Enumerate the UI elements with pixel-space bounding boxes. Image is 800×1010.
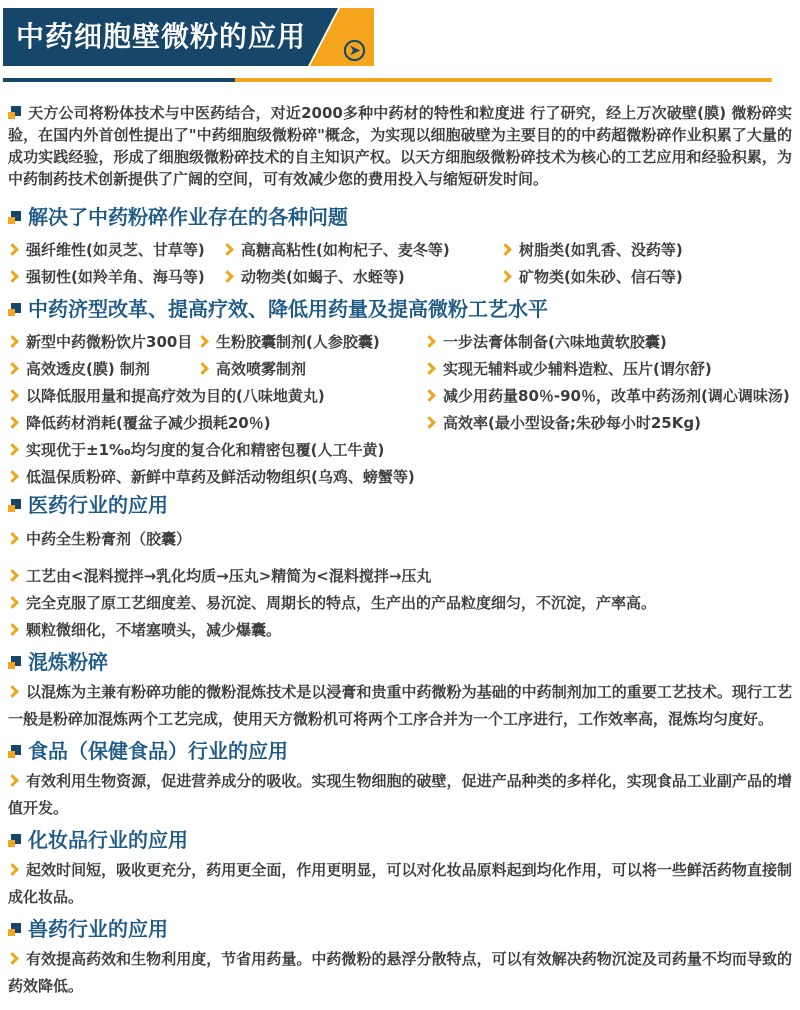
- list-item: 颗粒微细化，不堵塞喷头，减少爆囊。: [8, 617, 792, 644]
- grid-row: 实现优于±1‰均匀度的复合化和精密包覆(人工牛黄): [8, 436, 792, 463]
- list-item: 起效时间短，吸收更充分，药用更全面，作用更明显，可以对化妆品原料起到均化作用，可…: [8, 857, 792, 911]
- list-item: 强纤维性(如灵芝、甘草等): [8, 239, 223, 260]
- section-title: 食品（保健食品）行业的应用: [28, 738, 288, 764]
- divider-yellow-segment: [235, 78, 772, 82]
- list-item-text: 工艺由<混料搅拌→乳化均质→压丸>精简为<混料搅拌→压丸: [26, 567, 431, 585]
- chevron-right-icon: [423, 389, 436, 402]
- section-heading: 医药行业的应用: [8, 492, 792, 518]
- list-item: 以降低服用量和提高疗效为目的(八味地黄丸): [8, 385, 425, 406]
- section-pharma: 医药行业的应用 中药全生粉膏剂（胶囊） 工艺由<混料搅拌→乳化均质→压丸>精简为…: [8, 492, 792, 644]
- chevron-right-icon: [221, 270, 234, 283]
- list-item-text: 高效透皮(膜) 制剂: [26, 360, 150, 378]
- list-item-text: 高糖高粘性(如枸杞子、麦冬等): [241, 241, 450, 259]
- list-item: 新型中药微粉饮片300目: [8, 331, 198, 352]
- squares-bullet-icon: [8, 834, 21, 847]
- list-item: 动物类(如蝎子、水蛭等): [223, 266, 501, 287]
- squares-bullet-icon: [8, 499, 21, 512]
- list-item-text: 低温保质粉碎、新鲜中草药及鲜活动物组织(乌鸡、螃蟹等): [26, 468, 415, 486]
- list-item: 中药全生粉膏剂（胶囊）: [8, 526, 792, 553]
- list-item-text: 高效率(最小型设备;朱砂每小时25Kg): [443, 414, 701, 432]
- list-item: 有效利用生物资源，促进营养成分的吸收。实现生物细胞的破壁，促进产品种类的多样化，…: [8, 768, 792, 822]
- list-item-text: 以混炼为主兼有粉碎功能的微粉混炼技术是以浸膏和贵重中药微粉为基础的中药制剂加工的…: [8, 683, 792, 728]
- section-problems: 解决了中药粉碎作业存在的各种问题 强纤维性(如灵芝、甘草等) 高糖高粘性(如枸杞…: [8, 204, 792, 290]
- chevron-right-icon: [423, 416, 436, 429]
- chevron-right-icon: [6, 774, 19, 787]
- section-reform: 中药济型改革、提高疗效、降低用药量及提高微粉工艺水平 新型中药微粉饮片300目 …: [8, 296, 792, 490]
- list-item: 高效喷雾制剂: [198, 358, 425, 379]
- list-item-text: 实现优于±1‰均匀度的复合化和精密包覆(人工牛黄): [26, 441, 384, 459]
- chevron-right-icon: [6, 416, 19, 429]
- list-item-text: 高效喷雾制剂: [216, 360, 306, 378]
- section-title: 中药济型改革、提高疗效、降低用药量及提高微粉工艺水平: [28, 296, 548, 322]
- section-heading: 混炼粉碎: [8, 649, 792, 675]
- squares-bullet-icon: [8, 923, 21, 936]
- chevron-right-icon: [499, 243, 512, 256]
- banner-title-background: 中药细胞壁微粉的应用: [3, 8, 338, 66]
- chevron-right-icon: [499, 270, 512, 283]
- grid-row: 以降低服用量和提高疗效为目的(八味地黄丸) 减少用药量80％-90％，改革中药汤…: [8, 382, 792, 409]
- section-heading: 化妆品行业的应用: [8, 827, 792, 853]
- list-item: 高效率(最小型设备;朱砂每小时25Kg): [425, 412, 792, 433]
- list-item-text: 动物类(如蝎子、水蛭等): [241, 268, 405, 286]
- section-title: 解决了中药粉碎作业存在的各种问题: [28, 204, 348, 230]
- chevron-right-icon: [6, 863, 19, 876]
- list-item: 实现优于±1‰均匀度的复合化和精密包覆(人工牛黄): [8, 439, 792, 460]
- page-title: 中药细胞壁微粉的应用: [3, 8, 338, 66]
- section-heading: 解决了中药粉碎作业存在的各种问题: [8, 204, 792, 230]
- list-item-text: 有效利用生物资源，促进营养成分的吸收。实现生物细胞的破壁，促进产品种类的多样化，…: [8, 772, 792, 817]
- chevron-right-icon: [6, 243, 19, 256]
- list-item-text: 颗粒微细化，不堵塞喷头，减少爆囊。: [26, 621, 281, 639]
- list-item-text: 生粉胶囊制剂(人参胶囊): [216, 333, 380, 351]
- chevron-right-icon: [6, 569, 19, 582]
- spacer: [8, 553, 792, 563]
- chevron-right-icon: [423, 335, 436, 348]
- squares-bullet-icon: [8, 656, 21, 669]
- divider-navy-segment: [3, 78, 235, 82]
- list-item-text: 矿物类(如朱砂、信石等): [519, 268, 683, 286]
- list-item: 一步法膏体制备(六味地黄软胶囊): [425, 331, 792, 352]
- list-item: 工艺由<混料搅拌→乳化均质→压丸>精简为<混料搅拌→压丸: [8, 563, 792, 590]
- section-heading: 中药济型改革、提高疗效、降低用药量及提高微粉工艺水平: [8, 296, 792, 322]
- section-title: 兽药行业的应用: [28, 916, 168, 942]
- grid-row: 新型中药微粉饮片300目 生粉胶囊制剂(人参胶囊) 一步法膏体制备(六味地黄软胶…: [8, 328, 792, 355]
- list-item-text: 以降低服用量和提高疗效为目的(八味地黄丸): [26, 387, 325, 405]
- section-heading: 食品（保健食品）行业的应用: [8, 738, 792, 764]
- grid-row: 强纤维性(如灵芝、甘草等) 高糖高粘性(如枸杞子、麦冬等) 树脂类(如乳香、没药…: [8, 236, 792, 263]
- list-item-text: 降低药材消耗(覆盆子减少损耗20％): [26, 414, 271, 432]
- squares-bullet-icon: [8, 106, 21, 119]
- list-item-text: 一步法膏体制备(六味地黄软胶囊): [443, 333, 667, 351]
- list-item: 降低药材消耗(覆盆子减少损耗20％): [8, 412, 425, 433]
- chevron-right-icon: [6, 623, 19, 636]
- squares-bullet-icon: [8, 745, 21, 758]
- list-item-text: 强韧性(如羚羊角、海马等): [26, 268, 205, 286]
- header-divider: [3, 78, 800, 82]
- chevron-right-icon: [6, 389, 19, 402]
- squares-bullet-icon: [8, 303, 21, 316]
- content-area: 天方公司将粉体技术与中医药结合，对近2000多种中药材的特性和粒度进 行了研究，…: [0, 102, 800, 1000]
- grid-row: 低温保质粉碎、新鲜中草药及鲜活动物组织(乌鸡、螃蟹等): [8, 463, 792, 490]
- list-item-text: 实现无辅料或少辅料造粒、压片(谓尔舒): [443, 360, 712, 378]
- list-item: 树脂类(如乳香、没药等): [501, 239, 792, 260]
- section-title: 混炼粉碎: [28, 649, 108, 675]
- list-item-text: 减少用药量80％-90％，改革中药汤剂(调心调味汤): [443, 387, 790, 405]
- list-item: 高效透皮(膜) 制剂: [8, 358, 198, 379]
- list-item: 低温保质粉碎、新鲜中草药及鲜活动物组织(乌鸡、螃蟹等): [8, 466, 792, 487]
- chevron-right-icon: [6, 270, 19, 283]
- squares-bullet-icon: [8, 211, 21, 224]
- section-title: 化妆品行业的应用: [28, 827, 188, 853]
- chevron-right-icon: [6, 470, 19, 483]
- section-cosmetics: 化妆品行业的应用 起效时间短，吸收更充分，药用更全面，作用更明显，可以对化妆品原…: [8, 827, 792, 911]
- page: 中药细胞壁微粉的应用 天方公司将粉体技术与中医药结合，对近2000多种中药材的特…: [0, 0, 800, 1010]
- list-item-text: 树脂类(如乳香、没药等): [519, 241, 683, 259]
- chevron-right-icon: [221, 243, 234, 256]
- chevron-right-icon: [6, 335, 19, 348]
- list-item: 矿物类(如朱砂、信石等): [501, 266, 792, 287]
- list-item: 生粉胶囊制剂(人参胶囊): [198, 331, 425, 352]
- intro-text: 天方公司将粉体技术与中医药结合，对近2000多种中药材的特性和粒度进 行了研究，…: [8, 104, 792, 188]
- chevron-right-icon: [6, 362, 19, 375]
- chevron-right-icon: [6, 952, 19, 965]
- chevron-right-icon: [6, 532, 19, 545]
- section-heading: 兽药行业的应用: [8, 916, 792, 942]
- chevron-right-icon: [196, 335, 209, 348]
- chevron-right-icon: [423, 362, 436, 375]
- grid-row: 强韧性(如羚羊角、海马等) 动物类(如蝎子、水蛭等) 矿物类(如朱砂、信石等): [8, 263, 792, 290]
- list-item-text: 起效时间短，吸收更充分，药用更全面，作用更明显，可以对化妆品原料起到均化作用，可…: [8, 861, 792, 906]
- intro-paragraph: 天方公司将粉体技术与中医药结合，对近2000多种中药材的特性和粒度进 行了研究，…: [8, 102, 792, 190]
- list-item: 减少用药量80％-90％，改革中药汤剂(调心调味汤): [425, 385, 792, 406]
- grid-row: 高效透皮(膜) 制剂 高效喷雾制剂 实现无辅料或少辅料造粒、压片(谓尔舒): [8, 355, 792, 382]
- section-veterinary: 兽药行业的应用 有效提高药效和生物利用度，节省用药量。中药微粉的悬浮分散特点，可…: [8, 916, 792, 1000]
- list-item-text: 新型中药微粉饮片300目: [26, 333, 192, 351]
- list-item: 有效提高药效和生物利用度，节省用药量。中药微粉的悬浮分散特点，可以有效解决药物沉…: [8, 946, 792, 1000]
- section-food: 食品（保健食品）行业的应用 有效利用生物资源，促进营养成分的吸收。实现生物细胞的…: [8, 738, 792, 822]
- list-item-text: 完全克服了原工艺细度差、易沉淀、周期长的特点，生产出的产品粒度细匀，不沉淀，产率…: [26, 594, 656, 612]
- list-item-text: 中药全生粉膏剂（胶囊）: [26, 530, 191, 548]
- chevron-right-icon: [6, 685, 19, 698]
- chevron-right-icon: [6, 596, 19, 609]
- chevron-right-icon: [196, 362, 209, 375]
- chevron-right-icon: [6, 443, 19, 456]
- list-item-text: 有效提高药效和生物利用度，节省用药量。中药微粉的悬浮分散特点，可以有效解决药物沉…: [8, 950, 792, 995]
- list-item: 实现无辅料或少辅料造粒、压片(谓尔舒): [425, 358, 792, 379]
- section-mixing: 混炼粉碎 以混炼为主兼有粉碎功能的微粉混炼技术是以浸膏和贵重中药微粉为基础的中药…: [8, 649, 792, 733]
- circle-arrow-right-icon: [343, 39, 366, 62]
- list-item-text: 强纤维性(如灵芝、甘草等): [26, 241, 205, 259]
- list-item: 强韧性(如羚羊角、海马等): [8, 266, 223, 287]
- page-banner: 中药细胞壁微粉的应用: [3, 8, 800, 66]
- list-item: 以混炼为主兼有粉碎功能的微粉混炼技术是以浸膏和贵重中药微粉为基础的中药制剂加工的…: [8, 679, 792, 733]
- list-item: 高糖高粘性(如枸杞子、麦冬等): [223, 239, 501, 260]
- section-title: 医药行业的应用: [28, 492, 168, 518]
- grid-row: 降低药材消耗(覆盆子减少损耗20％) 高效率(最小型设备;朱砂每小时25Kg): [8, 409, 792, 436]
- list-item: 完全克服了原工艺细度差、易沉淀、周期长的特点，生产出的产品粒度细匀，不沉淀，产率…: [8, 590, 792, 617]
